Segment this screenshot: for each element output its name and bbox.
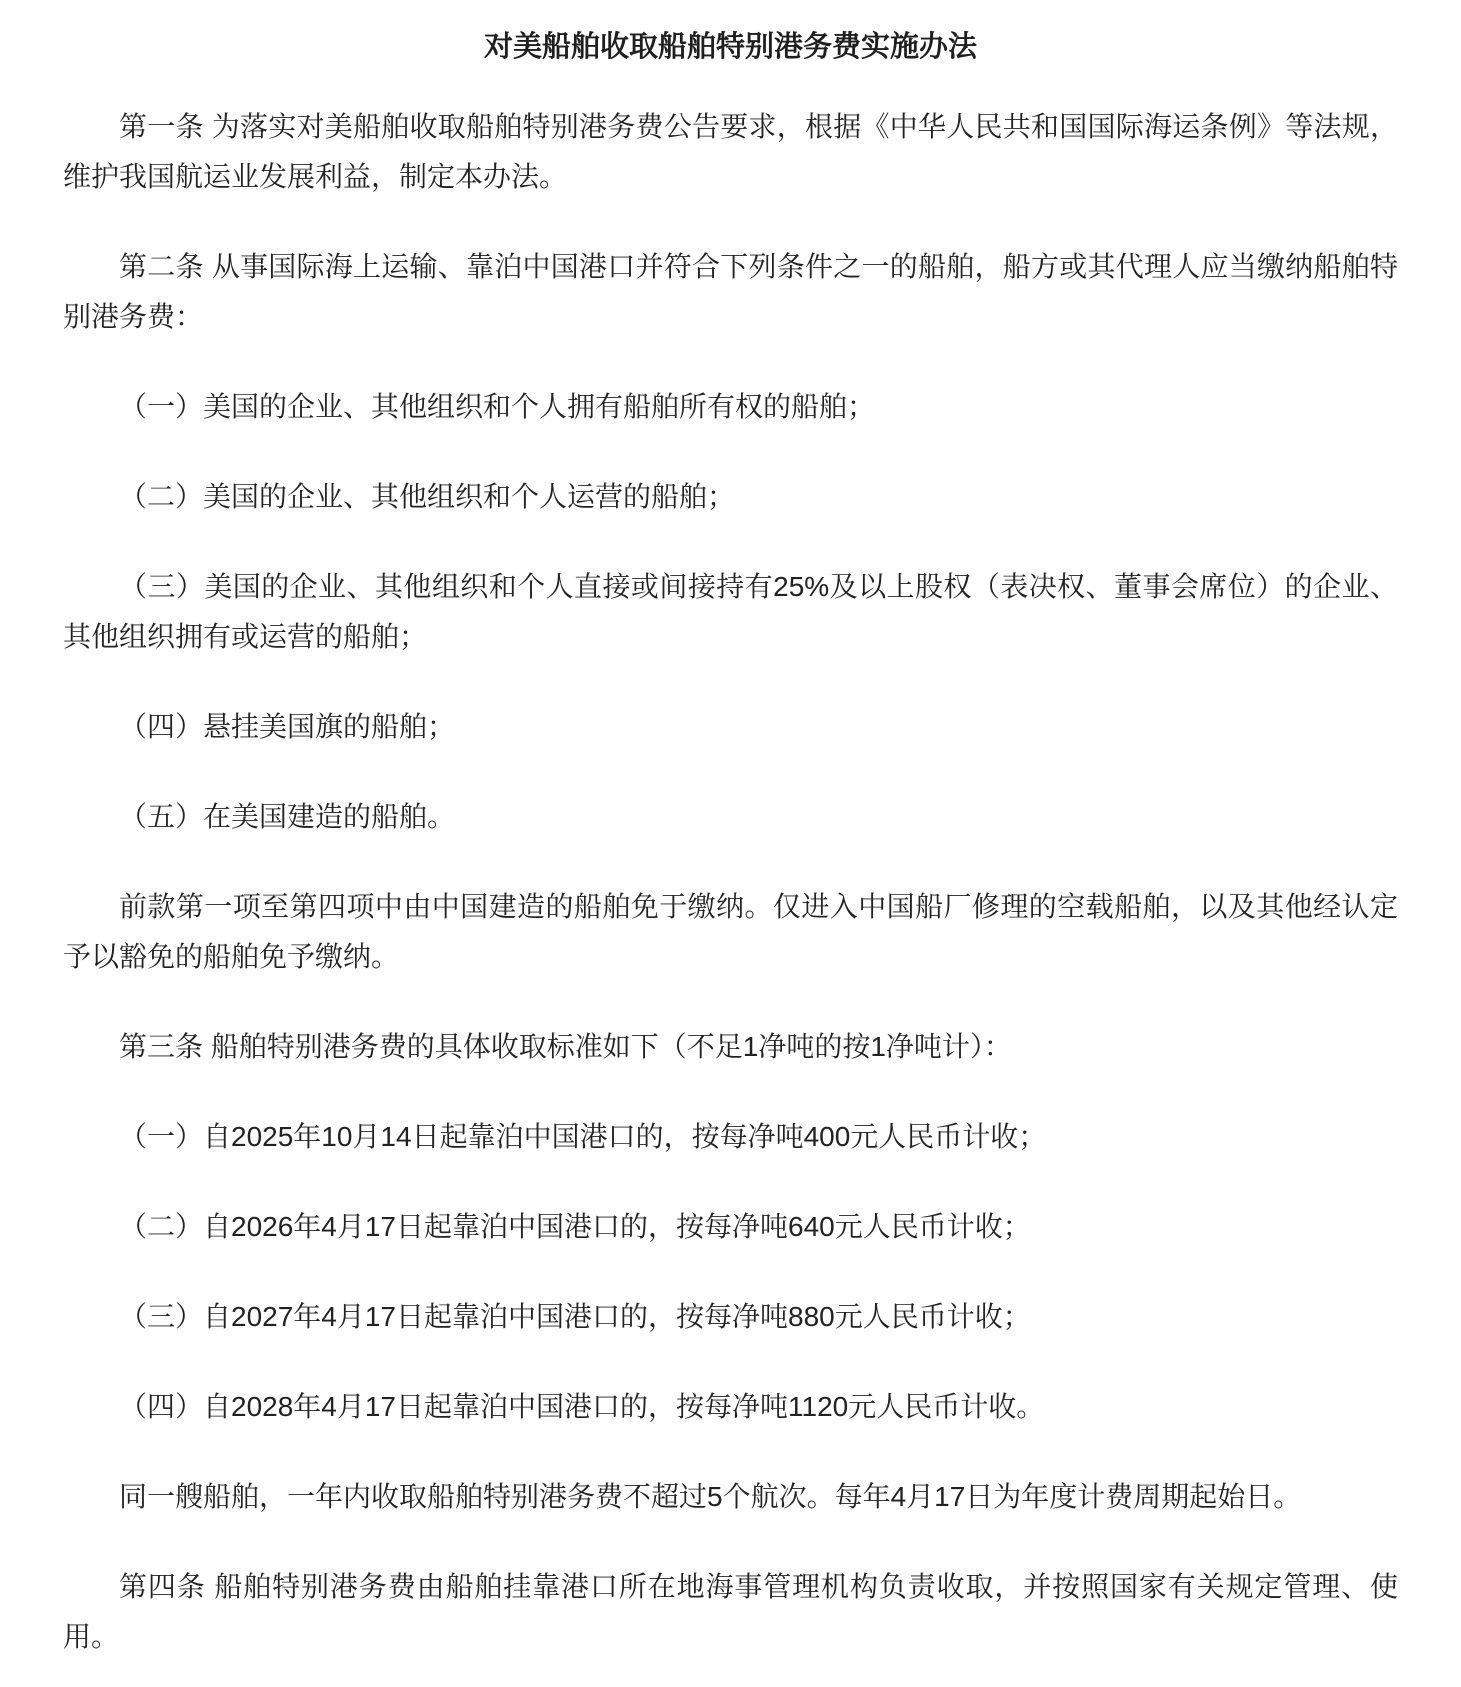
article-2-item-4-paragraph: （四）悬挂美国旗的船舶；: [63, 702, 1398, 752]
article-3-item-2-paragraph: （二）自2026年4月17日起靠泊中国港口的，按每净吨640元人民币计收；: [63, 1202, 1398, 1252]
article-2-item-1-paragraph: （一）美国的企业、其他组织和个人拥有船舶所有权的船舶；: [63, 382, 1398, 432]
article-2-paragraph: 第二条 从事国际海上运输、靠泊中国港口并符合下列条件之一的船舶，船方或其代理人应…: [63, 242, 1398, 342]
article-3-limit-paragraph: 同一艘船舶，一年内收取船舶特别港务费不超过5个航次。每年4月17日为年度计费周期…: [63, 1472, 1398, 1522]
article-3-item-1-paragraph: （一）自2025年10月14日起靠泊中国港口的，按每净吨400元人民币计收；: [63, 1112, 1398, 1162]
article-2-item-2-paragraph: （二）美国的企业、其他组织和个人运营的船舶；: [63, 472, 1398, 522]
article-3-item-3-paragraph: （三）自2027年4月17日起靠泊中国港口的，按每净吨880元人民币计收；: [63, 1292, 1398, 1342]
article-2-exemption-paragraph: 前款第一项至第四项中由中国建造的船舶免于缴纳。仅进入中国船厂修理的空载船舶，以及…: [63, 882, 1398, 982]
document-body: 第一条 为落实对美船舶收取船舶特别港务费公告要求，根据《中华人民共和国国际海运条…: [63, 102, 1398, 1662]
article-4-paragraph: 第四条 船舶特别港务费由船舶挂靠港口所在地海事管理机构负责收取，并按照国家有关规…: [63, 1562, 1398, 1662]
article-1-paragraph: 第一条 为落实对美船舶收取船舶特别港务费公告要求，根据《中华人民共和国国际海运条…: [63, 102, 1398, 202]
article-3-paragraph: 第三条 船舶特别港务费的具体收取标准如下（不足1净吨的按1净吨计）：: [63, 1022, 1398, 1072]
article-2-item-3-paragraph: （三）美国的企业、其他组织和个人直接或间接持有25%及以上股权（表决权、董事会席…: [63, 562, 1398, 662]
regulation-document: 对美船舶收取船舶特别港务费实施办法 第一条 为落实对美船舶收取船舶特别港务费公告…: [63, 22, 1398, 1662]
document-title: 对美船舶收取船舶特别港务费实施办法: [63, 22, 1398, 72]
article-3-item-4-paragraph: （四）自2028年4月17日起靠泊中国港口的，按每净吨1120元人民币计收。: [63, 1382, 1398, 1432]
article-2-item-5-paragraph: （五）在美国建造的船舶。: [63, 792, 1398, 842]
